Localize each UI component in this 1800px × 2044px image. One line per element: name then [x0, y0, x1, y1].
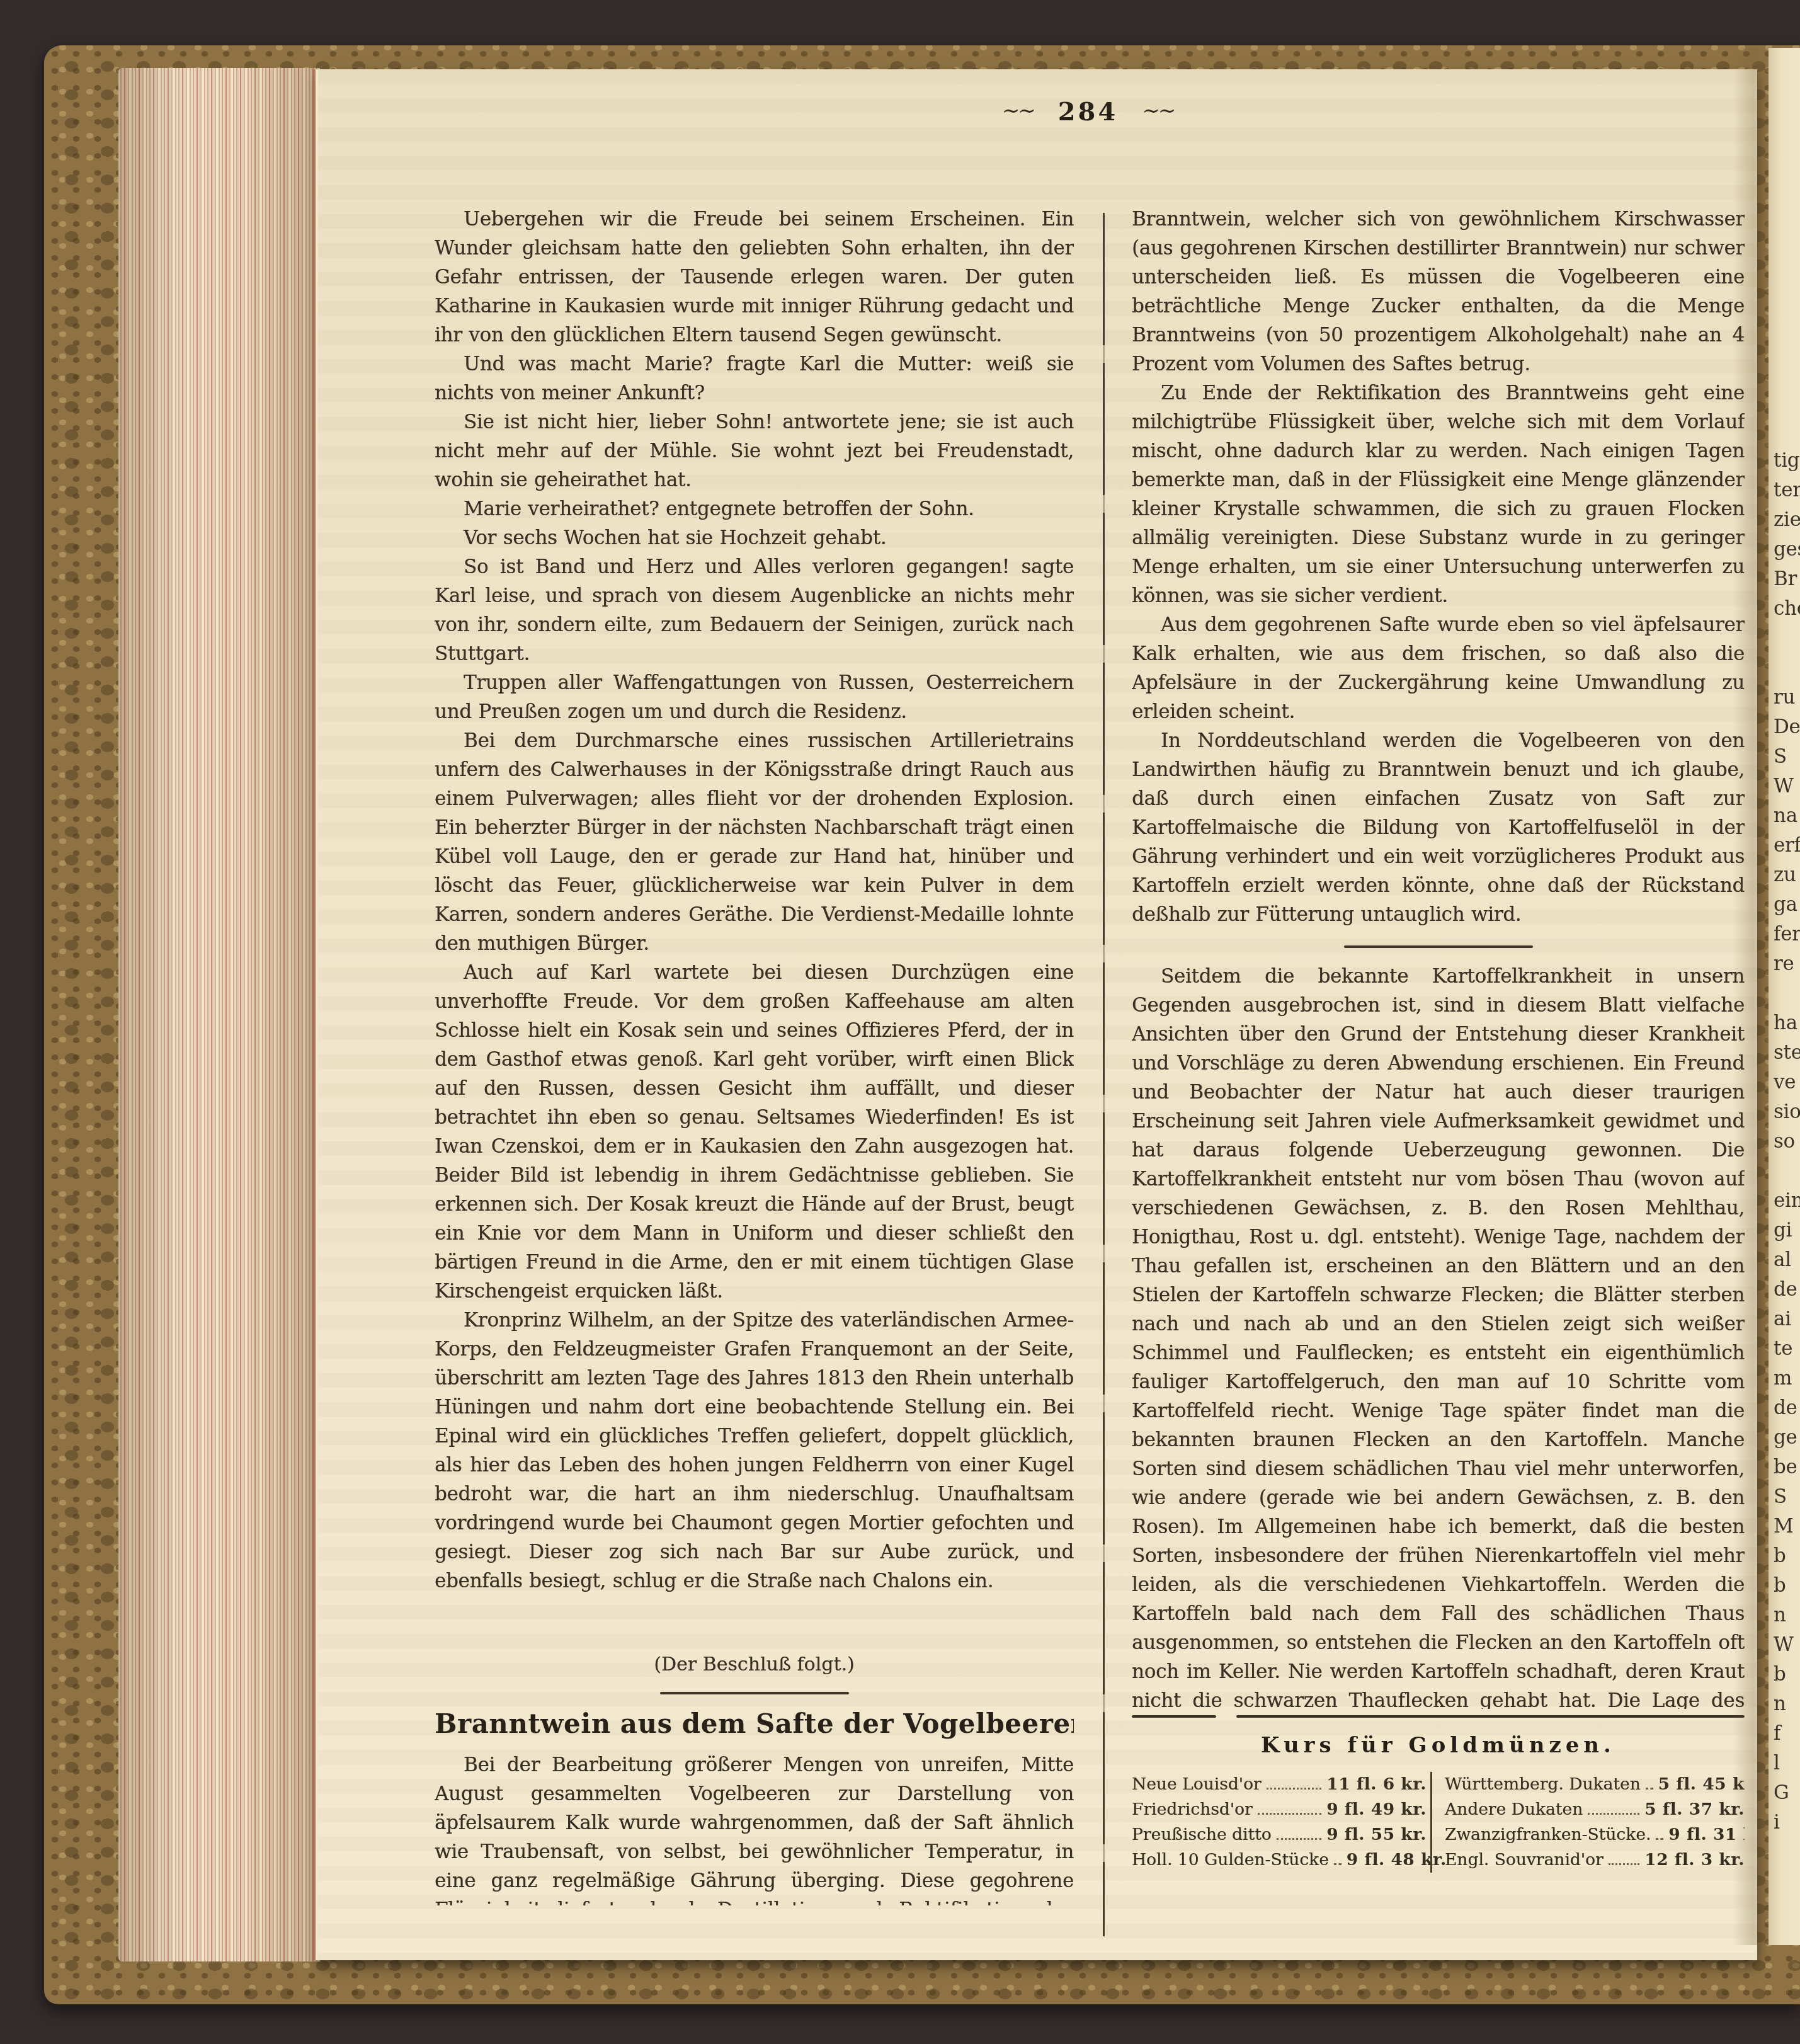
table-right-half: Württemberg. Dukaten 5 fl. 45 kr. Andere… [1436, 1772, 1745, 1873]
article-paragraph: Branntwein, welcher sich von gewöhnliche… [1132, 205, 1745, 379]
coin-name: Zwanzigfranken-Stücke. [1445, 1822, 1651, 1847]
page-number: 284 [1058, 97, 1119, 127]
table-row: Holl. 10 Gulden-Stücke 9 fl. 48 kr. [1132, 1847, 1427, 1873]
coin-price: 12 fl. 3 kr. [1644, 1847, 1745, 1873]
story-paragraph: Vor sechs Wochen hat sie Hochzeit gehabt… [435, 523, 1074, 552]
coin-name: Preußische ditto [1132, 1822, 1272, 1847]
dot-leader [1277, 1838, 1321, 1840]
table-left-half: Neue Louisd'or 11 fl. 6 kr. Friedrichsd'… [1132, 1772, 1427, 1873]
section-divider [660, 1692, 849, 1694]
coin-name: Württemberg. Dukaten [1445, 1772, 1641, 1797]
table-row: Andere Dukaten 5 fl. 37 kr. [1445, 1797, 1745, 1822]
dot-leader [1656, 1838, 1663, 1840]
scanned-book-photo: ∼∼284∼∼ Uebergehen wir die Freude bei se… [0, 0, 1800, 2044]
story-paragraph: Sie ist nicht hier, lieber Sohn! antwort… [435, 408, 1074, 494]
column-right-articles: Branntwein, welcher sich von gewöhnliche… [1132, 205, 1745, 1709]
table-row: Friedrichsd'or 9 fl. 49 kr. [1132, 1797, 1427, 1822]
dot-leader [1258, 1813, 1321, 1815]
story-paragraph: Und was macht Marie? fragte Karl die Mut… [435, 350, 1074, 408]
page-edge-stack [118, 68, 320, 1961]
coin-price: 5 fl. 37 kr. [1644, 1797, 1745, 1822]
dot-leader [1646, 1788, 1653, 1790]
coin-name: Neue Louisd'or [1132, 1772, 1262, 1797]
next-page-edge: tigtenziegesBrcheruDeSWnaerfzugaferrehas… [1769, 48, 1800, 1945]
page-header: ∼∼284∼∼ [435, 97, 1741, 127]
table-title: Kurs für Goldmünzen. [1132, 1733, 1745, 1758]
story-paragraph: Auch auf Karl wartete bei diesen Durchzü… [435, 958, 1074, 1306]
story-closing: (Der Beschluß folgt.) [435, 1653, 1074, 1676]
article-paragraph: In Norddeutschland werden die Vogelbeere… [1132, 726, 1745, 929]
story-paragraph: Bei dem Durchmarsche eines russischen Ar… [435, 726, 1074, 958]
story-paragraph: Truppen aller Waffengattungen von Russen… [435, 668, 1074, 726]
gold-coin-price-table: Kurs für Goldmünzen. Neue Louisd'or 11 f… [1132, 1715, 1745, 1873]
column-right: Branntwein, welcher sich von gewöhnliche… [1132, 205, 1745, 1950]
table-row: Zwanzigfranken-Stücke. 9 fl. 31 kr. [1445, 1822, 1745, 1847]
column-left: Uebergehen wir die Freude bei seinem Ers… [435, 205, 1074, 1905]
coin-price: 9 fl. 55 kr. [1326, 1822, 1427, 1847]
coin-price: 5 fl. 45 kr. [1658, 1772, 1745, 1797]
table-body: Neue Louisd'or 11 fl. 6 kr. Friedrichsd'… [1132, 1772, 1745, 1873]
next-page-text-fragments: tigtenziegesBrcheruDeSWnaerfzugaferrehas… [1769, 446, 1800, 1837]
story-paragraph: So ist Band und Herz und Alles verloren … [435, 552, 1074, 668]
coin-price: 9 fl. 49 kr. [1326, 1797, 1427, 1822]
serial-story: Uebergehen wir die Freude bei seinem Ers… [435, 205, 1074, 1647]
story-paragraph: Uebergehen wir die Freude bei seinem Ers… [435, 205, 1074, 350]
dot-leader [1588, 1813, 1639, 1815]
article-paragraph: Aus dem gegohrenen Safte wurde eben so v… [1132, 610, 1745, 726]
article-heading: Branntwein aus dem Safte der Vogelbeeren… [435, 1708, 1074, 1739]
coin-name: Engl. Souvranid'or [1445, 1847, 1603, 1873]
coin-price: 9 fl. 31 kr. [1668, 1822, 1745, 1847]
article-paragraph: Zu Ende der Rektifikation des Branntwein… [1132, 379, 1745, 610]
coin-name: Friedrichsd'or [1132, 1797, 1253, 1822]
table-row: Neue Louisd'or 11 fl. 6 kr. [1132, 1772, 1427, 1797]
coin-price: 11 fl. 6 kr. [1326, 1772, 1427, 1797]
section-divider [1344, 945, 1533, 948]
table-row: Württemberg. Dukaten 5 fl. 45 kr. [1445, 1772, 1745, 1797]
dot-leader [1267, 1788, 1322, 1790]
article-paragraph: Bei der Bearbeitung größerer Mengen von … [435, 1750, 1074, 1905]
dot-leader [1609, 1863, 1639, 1865]
potato-article-paragraph: Seitdem die bekannte Kartoffelkrankheit … [1132, 962, 1745, 1709]
table-row: Preußische ditto 9 fl. 55 kr. [1132, 1822, 1427, 1847]
dot-leader [1334, 1863, 1341, 1865]
coin-name: Andere Dukaten [1445, 1797, 1583, 1822]
story-paragraph: Kronprinz Wilhelm, an der Spitze des vat… [435, 1306, 1074, 1596]
story-paragraph: Marie verheirathet? entgegnete betroffen… [435, 494, 1074, 523]
newspaper-page: ∼∼284∼∼ Uebergehen wir die Freude bei se… [318, 69, 1757, 1960]
coin-name: Holl. 10 Gulden-Stücke [1132, 1847, 1329, 1873]
flourish-left: ∼∼ [1002, 98, 1034, 123]
column-divider-rule [1103, 213, 1105, 1936]
flourish-right: ∼∼ [1142, 98, 1174, 123]
table-column-rule [1430, 1772, 1432, 1873]
table-top-rule [1132, 1715, 1745, 1718]
table-row: Engl. Souvranid'or 12 fl. 3 kr. [1445, 1847, 1745, 1873]
